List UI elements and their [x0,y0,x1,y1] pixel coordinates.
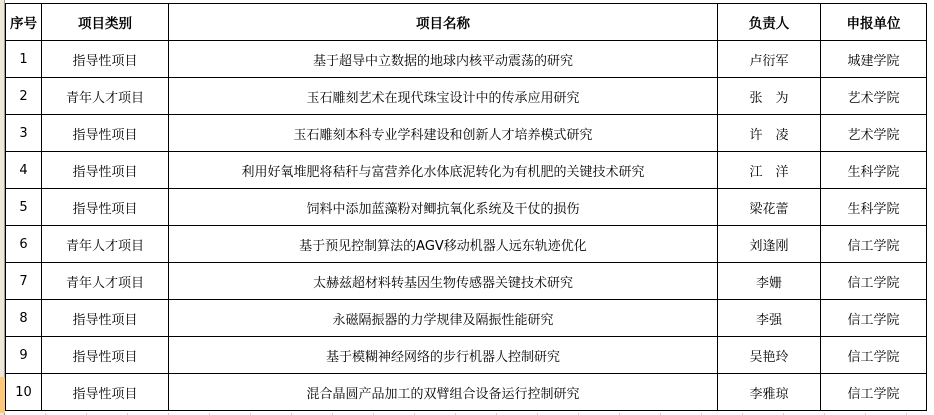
cell-unit[interactable]: 城建学院 [821,41,927,78]
table-row: 1 指导性项目 基于超导中立数据的地球内核平动震荡的研究 卢衍军 城建学院 [6,41,927,78]
cell-leader[interactable]: 卢衍军 [718,41,821,78]
cell-unit[interactable]: 信工学院 [821,374,927,411]
cell-name[interactable]: 太赫兹超材料转基因生物传感器关键技术研究 [169,263,718,300]
table-row: 4 指导性项目 利用好氧堆肥将秸秆与富营养化水体底泥转化为有机肥的关键技术研究 … [6,152,927,189]
cell-category[interactable]: 青年人才项目 [42,78,169,115]
cell-category[interactable]: 指导性项目 [42,115,169,152]
cell-no[interactable]: 2 [6,78,42,115]
cell-category[interactable]: 指导性项目 [42,189,169,226]
cell-leader[interactable]: 江 洋 [718,152,821,189]
table-row: 9 指导性项目 基于模糊神经网络的步行机器人控制研究 吴艳玲 信工学院 [6,337,927,374]
cell-unit[interactable]: 信工学院 [821,226,927,263]
cell-category[interactable]: 青年人才项目 [42,263,169,300]
cell-no[interactable]: 3 [6,115,42,152]
cell-leader[interactable]: 梁花蕾 [718,189,821,226]
cell-name[interactable]: 玉石雕刻艺术在现代珠宝设计中的传承应用研究 [169,78,718,115]
cell-category[interactable]: 青年人才项目 [42,226,169,263]
cell-no[interactable]: 1 [6,41,42,78]
cell-no[interactable]: 4 [6,152,42,189]
table-row: 6 青年人才项目 基于预见控制算法的AGV移动机器人远东轨迹优化 刘逢刚 信工学… [6,226,927,263]
cell-category[interactable]: 指导性项目 [42,152,169,189]
cell-unit[interactable]: 艺术学院 [821,115,927,152]
cell-leader[interactable]: 许 凌 [718,115,821,152]
table-row: 2 青年人才项目 玉石雕刻艺术在现代珠宝设计中的传承应用研究 张 为 艺术学院 [6,78,927,115]
cell-unit[interactable]: 生科学院 [821,189,927,226]
header-category[interactable]: 项目类别 [42,4,169,41]
header-no[interactable]: 序号 [6,4,42,41]
cell-name[interactable]: 基于预见控制算法的AGV移动机器人远东轨迹优化 [169,226,718,263]
cell-no[interactable]: 5 [6,189,42,226]
cell-category[interactable]: 指导性项目 [42,337,169,374]
table-row: 8 指导性项目 永磁隔振器的力学规律及隔振性能研究 李强 信工学院 [6,300,927,337]
cell-no[interactable]: 8 [6,300,42,337]
cell-leader[interactable]: 刘逢刚 [718,226,821,263]
cell-no[interactable]: 9 [6,337,42,374]
table-row: 10 指导性项目 混合晶圆产品加工的双臂组合设备运行控制研究 李雅琼 信工学院 [6,374,927,411]
cell-unit[interactable]: 艺术学院 [821,78,927,115]
cell-category[interactable]: 指导性项目 [42,300,169,337]
cell-leader[interactable]: 李强 [718,300,821,337]
table-row: 7 青年人才项目 太赫兹超材料转基因生物传感器关键技术研究 李姗 信工学院 [6,263,927,300]
cell-leader[interactable]: 李姗 [718,263,821,300]
cell-unit[interactable]: 信工学院 [821,300,927,337]
cell-unit[interactable]: 信工学院 [821,263,927,300]
project-table: 序号 项目类别 项目名称 负责人 申报单位 1 指导性项目 基于超导中立数据的地… [5,3,927,411]
cell-no[interactable]: 7 [6,263,42,300]
cell-no[interactable]: 6 [6,226,42,263]
cell-leader[interactable]: 李雅琼 [718,374,821,411]
cell-name[interactable]: 基于模糊神经网络的步行机器人控制研究 [169,337,718,374]
cell-name[interactable]: 饲料中添加蓝藻粉对鲫抗氧化系统及干仗的损伤 [169,189,718,226]
header-unit[interactable]: 申报单位 [821,4,927,41]
header-leader[interactable]: 负责人 [718,4,821,41]
cell-name[interactable]: 利用好氧堆肥将秸秆与富营养化水体底泥转化为有机肥的关键技术研究 [169,152,718,189]
header-row: 序号 项目类别 项目名称 负责人 申报单位 [6,4,927,41]
cell-category[interactable]: 指导性项目 [42,374,169,411]
cell-name[interactable]: 基于超导中立数据的地球内核平动震荡的研究 [169,41,718,78]
cell-unit[interactable]: 生科学院 [821,152,927,189]
table-row: 5 指导性项目 饲料中添加蓝藻粉对鲫抗氧化系统及干仗的损伤 梁花蕾 生科学院 [6,189,927,226]
cell-leader[interactable]: 张 为 [718,78,821,115]
cell-leader[interactable]: 吴艳玲 [718,337,821,374]
cell-no[interactable]: 10 [6,374,42,411]
table-row: 3 指导性项目 玉石雕刻本科专业学科建设和创新人才培养模式研究 许 凌 艺术学院 [6,115,927,152]
header-name[interactable]: 项目名称 [169,4,718,41]
cell-name[interactable]: 混合晶圆产品加工的双臂组合设备运行控制研究 [169,374,718,411]
cell-unit[interactable]: 信工学院 [821,337,927,374]
cell-category[interactable]: 指导性项目 [42,41,169,78]
cell-name[interactable]: 玉石雕刻本科专业学科建设和创新人才培养模式研究 [169,115,718,152]
cell-name[interactable]: 永磁隔振器的力学规律及隔振性能研究 [169,300,718,337]
